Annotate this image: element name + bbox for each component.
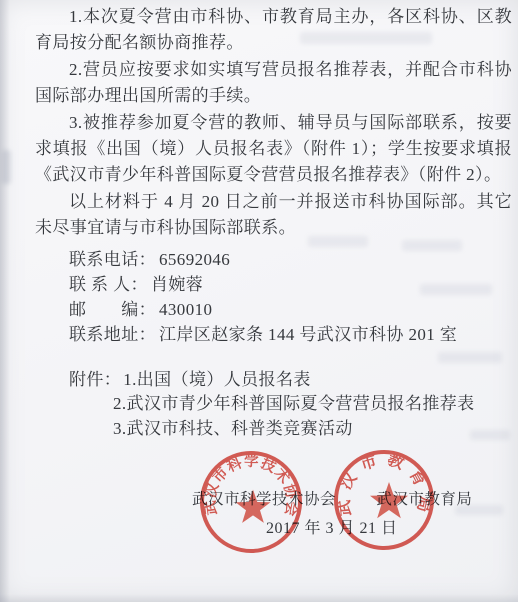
contact-row-postcode: 邮 编：430010 bbox=[35, 297, 512, 322]
scan-smudge bbox=[2, 150, 11, 184]
paragraph-3: 3.被推荐参加夏令营的教师、辅导员与国际部联系，按要求填报《出国（境）人员报名表… bbox=[35, 110, 512, 189]
contact-address-value: 江岸区赵家条 144 号武汉市科协 201 室 bbox=[159, 325, 457, 344]
paragraph-1: 1.本次夏令营由市科协、市教育局主办，各区科协、区教育局按分配名额协商推荐。 bbox=[35, 4, 512, 57]
attachments-block: 附件：1.出国（境）人员报名表 2.武汉市青少年科普国际夏令营营员报名推荐表 3… bbox=[35, 368, 512, 442]
contact-row-phone: 联系电话：65692046 bbox=[35, 247, 512, 272]
scan-edge-shadow bbox=[0, 0, 10, 602]
contact-person-value: 肖婉蓉 bbox=[151, 275, 203, 294]
contact-label: 联 系 人： bbox=[69, 272, 148, 297]
signature-date: 2017 年 3 月 21 日 bbox=[266, 515, 398, 538]
signature-org-right: 武汉市教育局 bbox=[376, 491, 472, 508]
signature-org-left: 武汉市科学技术协会 bbox=[192, 491, 336, 508]
contact-postcode-value: 430010 bbox=[159, 300, 212, 319]
contact-block: 联系电话：65692046 联 系 人：肖婉蓉 邮 编：430010 联系地址：… bbox=[35, 247, 512, 347]
attachment-item-3: 3.武汉市科技、科普类竞赛活动 bbox=[35, 417, 512, 442]
contact-phone-value: 65692046 bbox=[159, 250, 230, 269]
signature-block: 武汉市科学技术协会武汉市教育局 2017 年 3 月 21 日 bbox=[0, 487, 518, 509]
paragraph-2: 2.营员应按要求如实填写营员报名推荐表，并配合市科协国际部办理出国所需的手续。 bbox=[35, 57, 512, 110]
scan-edge-shadow bbox=[0, 594, 518, 602]
paragraph-4: 以上材料于 4 月 20 日之前一并报送市科协国际部。其它未尽事宜请与市科协国际… bbox=[35, 189, 512, 242]
attachments-heading: 附件： bbox=[69, 370, 121, 389]
contact-label: 联系电话： bbox=[69, 247, 156, 272]
attachment-item-2: 2.武汉市青少年科普国际夏令营营员报名推荐表 bbox=[35, 392, 512, 417]
signature-orgs: 武汉市科学技术协会武汉市教育局 bbox=[0, 487, 518, 509]
contact-label: 联系地址： bbox=[69, 322, 156, 347]
seal-arc-text: 武汉市教育局 bbox=[334, 449, 434, 522]
scanned-document-page: 1.本次夏令营由市科协、市教育局主办，各区科协、区教育局按分配名额协商推荐。 2… bbox=[0, 0, 518, 602]
document-body: 1.本次夏令营由市科协、市教育局主办，各区科协、区教育局按分配名额协商推荐。 2… bbox=[35, 4, 512, 441]
contact-row-address: 联系地址：江岸区赵家条 144 号武汉市科协 201 室 bbox=[35, 322, 512, 347]
contact-row-person: 联 系 人：肖婉蓉 bbox=[35, 272, 512, 297]
attachment-item-1: 1.出国（境）人员报名表 bbox=[123, 370, 311, 389]
contact-label: 邮 编： bbox=[69, 297, 156, 322]
svg-text:武汉市教育局: 武汉市教育局 bbox=[334, 449, 434, 522]
attachment-heading-row: 附件：1.出国（境）人员报名表 bbox=[35, 368, 512, 393]
